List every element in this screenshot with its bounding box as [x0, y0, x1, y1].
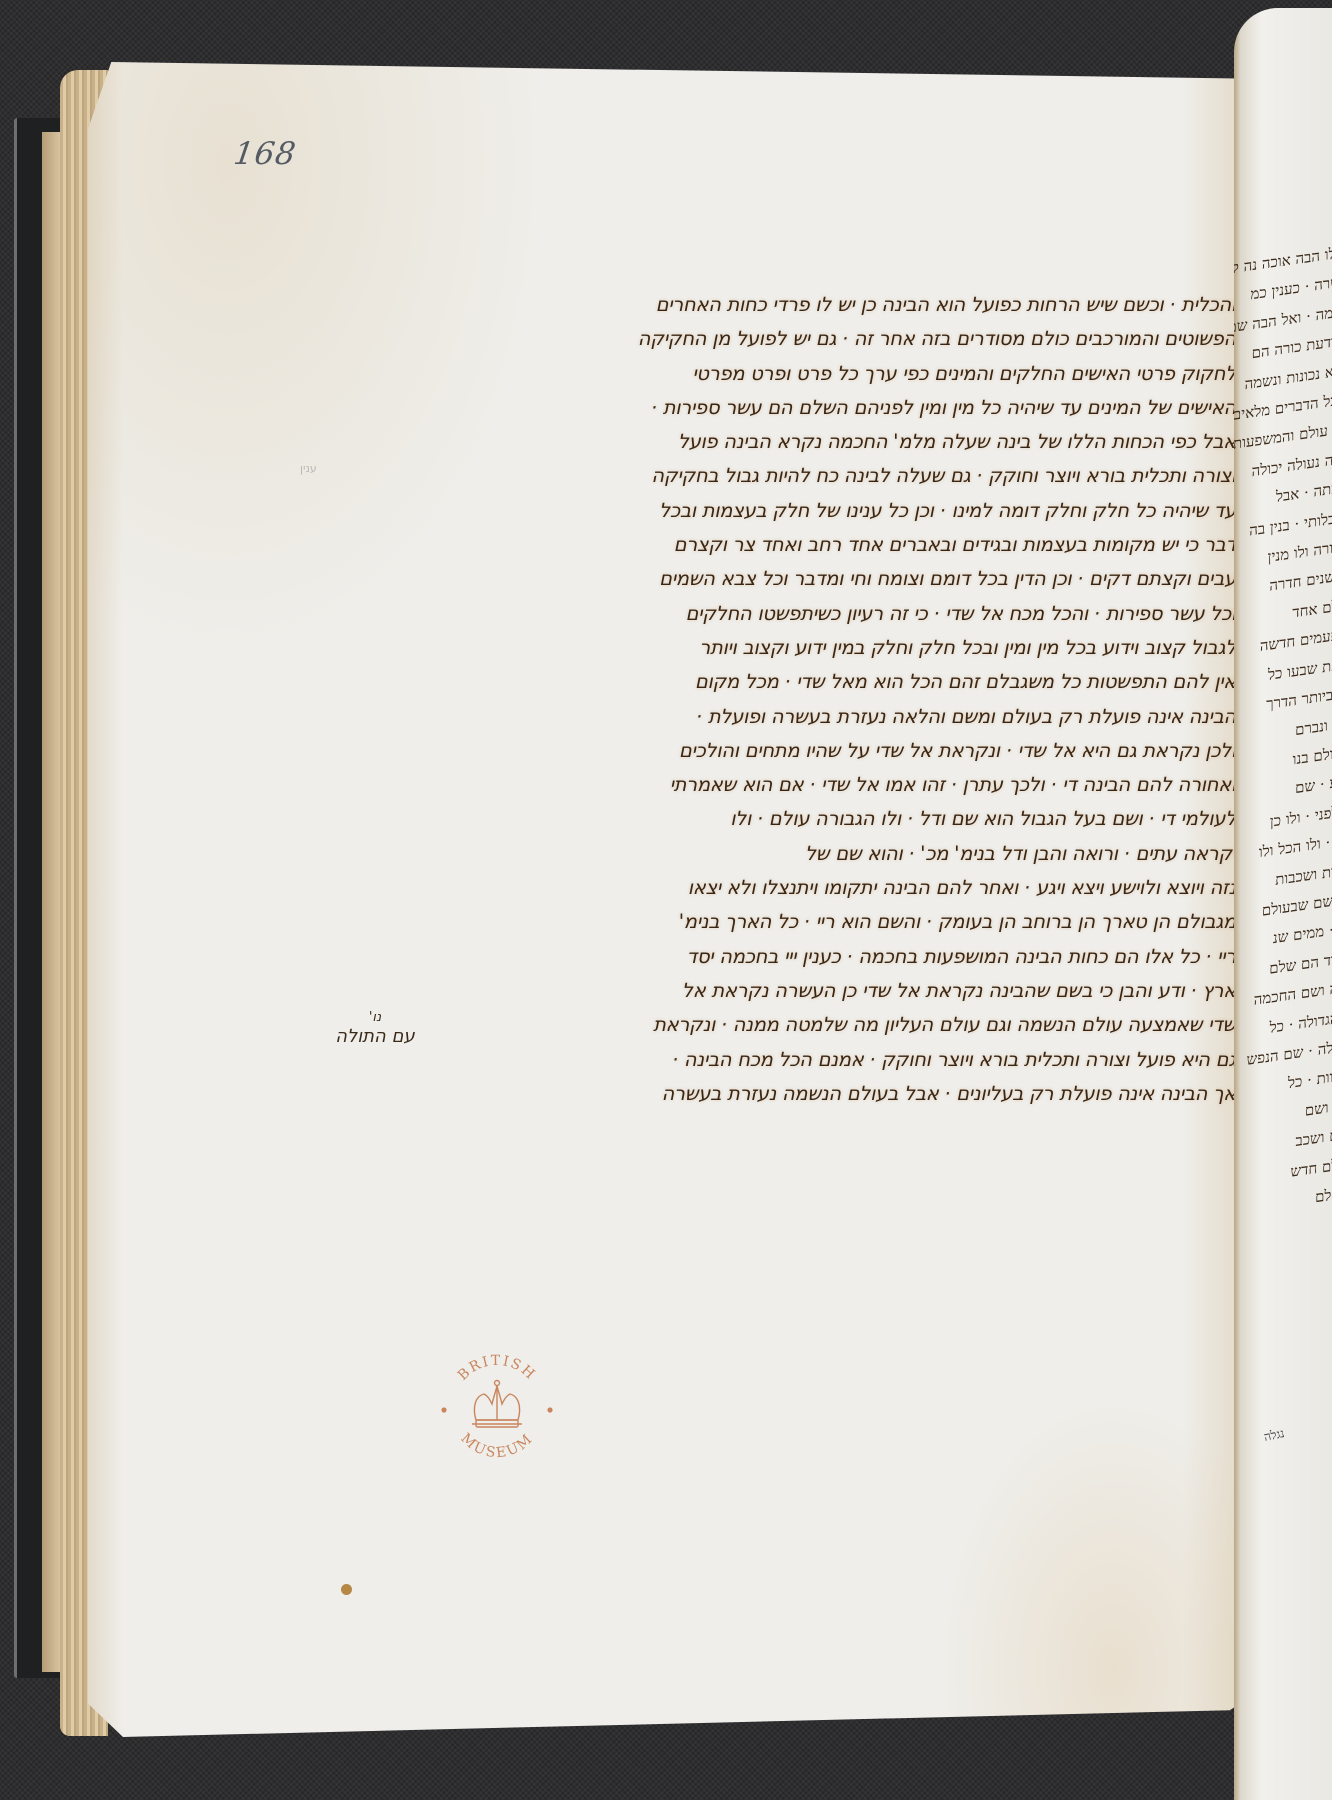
- text-line: ולכן נקראת גם היא אל שדי · ונקראת אל שדי…: [488, 734, 1236, 768]
- text-line-emphasized: לעולמי די · ושם בעל הגבול הוא שם ודל · ו…: [488, 802, 1236, 836]
- text-line: לגבול קצוב וידוע בכל מין ומין ובכל חלק ו…: [488, 631, 1236, 665]
- marginal-note-text: עם התולה: [335, 1026, 414, 1047]
- svg-text:BRITISH: BRITISH: [455, 1353, 539, 1384]
- text-line: ריי · כל אלו הם כחות הבינה המושפעות בחכמ…: [488, 940, 1236, 974]
- text-line: הפשוטים והמורכבים כולם מסודרים בזה אחר ז…: [488, 322, 1236, 356]
- marginal-note: נו' עם התולה: [310, 1010, 440, 1047]
- text-line: וכל עשר ספירות · והכל מכח אל שדי · כי זה…: [488, 597, 1236, 631]
- ink-spot: [341, 1584, 352, 1595]
- text-line: נזה ויוצא ולוישע ויצא ויגע · ואחר להם הב…: [488, 871, 1236, 905]
- text-line: אין להם התפשטות כל משגבלם זהם הכל הוא מא…: [488, 665, 1236, 699]
- text-line: אבל כפי הכחות הללו של בינה שעלה מלמ' החכ…: [488, 425, 1236, 459]
- text-line: עבים וקצתם דקים · וכן הדין בכל דומם וצומ…: [488, 562, 1236, 596]
- marginal-note-abbreviation: נו': [310, 1010, 440, 1026]
- text-line: מגבולם הן טארך הן ברוחב הן בעומק · והשם …: [488, 905, 1236, 939]
- facing-page-text: של לו הבה אוכה נה לו העשרה · כענין כמ הח…: [1248, 236, 1332, 1222]
- text-line: הבינה אינה פועלת רק בעולם ומשם והלאה נעז…: [488, 700, 1236, 734]
- facing-page: של לו הבה אוכה נה לו העשרה · כענין כמ הח…: [1234, 8, 1332, 1800]
- main-text-block: והכלית · וכשם שיש הרחות כפועל הוא הבינה …: [488, 288, 1236, 1111]
- text-line: ואחורה להם הבינה די · ולכך עתרן · זהו אמ…: [488, 768, 1236, 802]
- text-line: דבר כי יש מקומות בעצמות ובגידים ובאברים …: [488, 528, 1236, 562]
- facing-page-catchword: נגלה: [1263, 1426, 1286, 1445]
- text-line: אך הבינה אינה פועלת רק בעליונים · אבל בע…: [488, 1077, 1236, 1111]
- svg-text:MUSEUM: MUSEUM: [457, 1430, 536, 1461]
- crown-icon: BRITISH MUSEUM: [432, 1350, 562, 1468]
- text-line: גם היא פועל וצורה ותכלית בורא ויוצר וחוק…: [488, 1043, 1236, 1077]
- text-line: יקראה עתים · ורואה והבן ודל בנימ' מכ' · …: [488, 837, 1236, 871]
- text-line: לחקוק פרטי האישים החלקים והמינים כפי ערך…: [488, 357, 1236, 391]
- text-line: ארץ · ודע והבן כי בשם שהבינה נקראת אל שד…: [488, 974, 1236, 1008]
- faint-marginal-mark: ענין: [300, 462, 317, 475]
- folio-number: 168: [231, 136, 298, 172]
- text-line: עד שיהיה כל חלק וחלק דומה למינו · וכן כל…: [488, 494, 1236, 528]
- british-museum-stamp: BRITISH MUSEUM: [432, 1350, 562, 1468]
- text-line: וצורה ותכלית בורא ויוצר וחוקק · גם שעלה …: [488, 459, 1236, 493]
- text-line: האישים של המינים עד שיהיה כל מין ומין לפ…: [488, 391, 1236, 425]
- text-line: שדי שאמצעה עולם הנשמה וגם עולם העליון מה…: [488, 1008, 1236, 1042]
- text-line: והכלית · וכשם שיש הרחות כפועל הוא הבינה …: [488, 288, 1236, 322]
